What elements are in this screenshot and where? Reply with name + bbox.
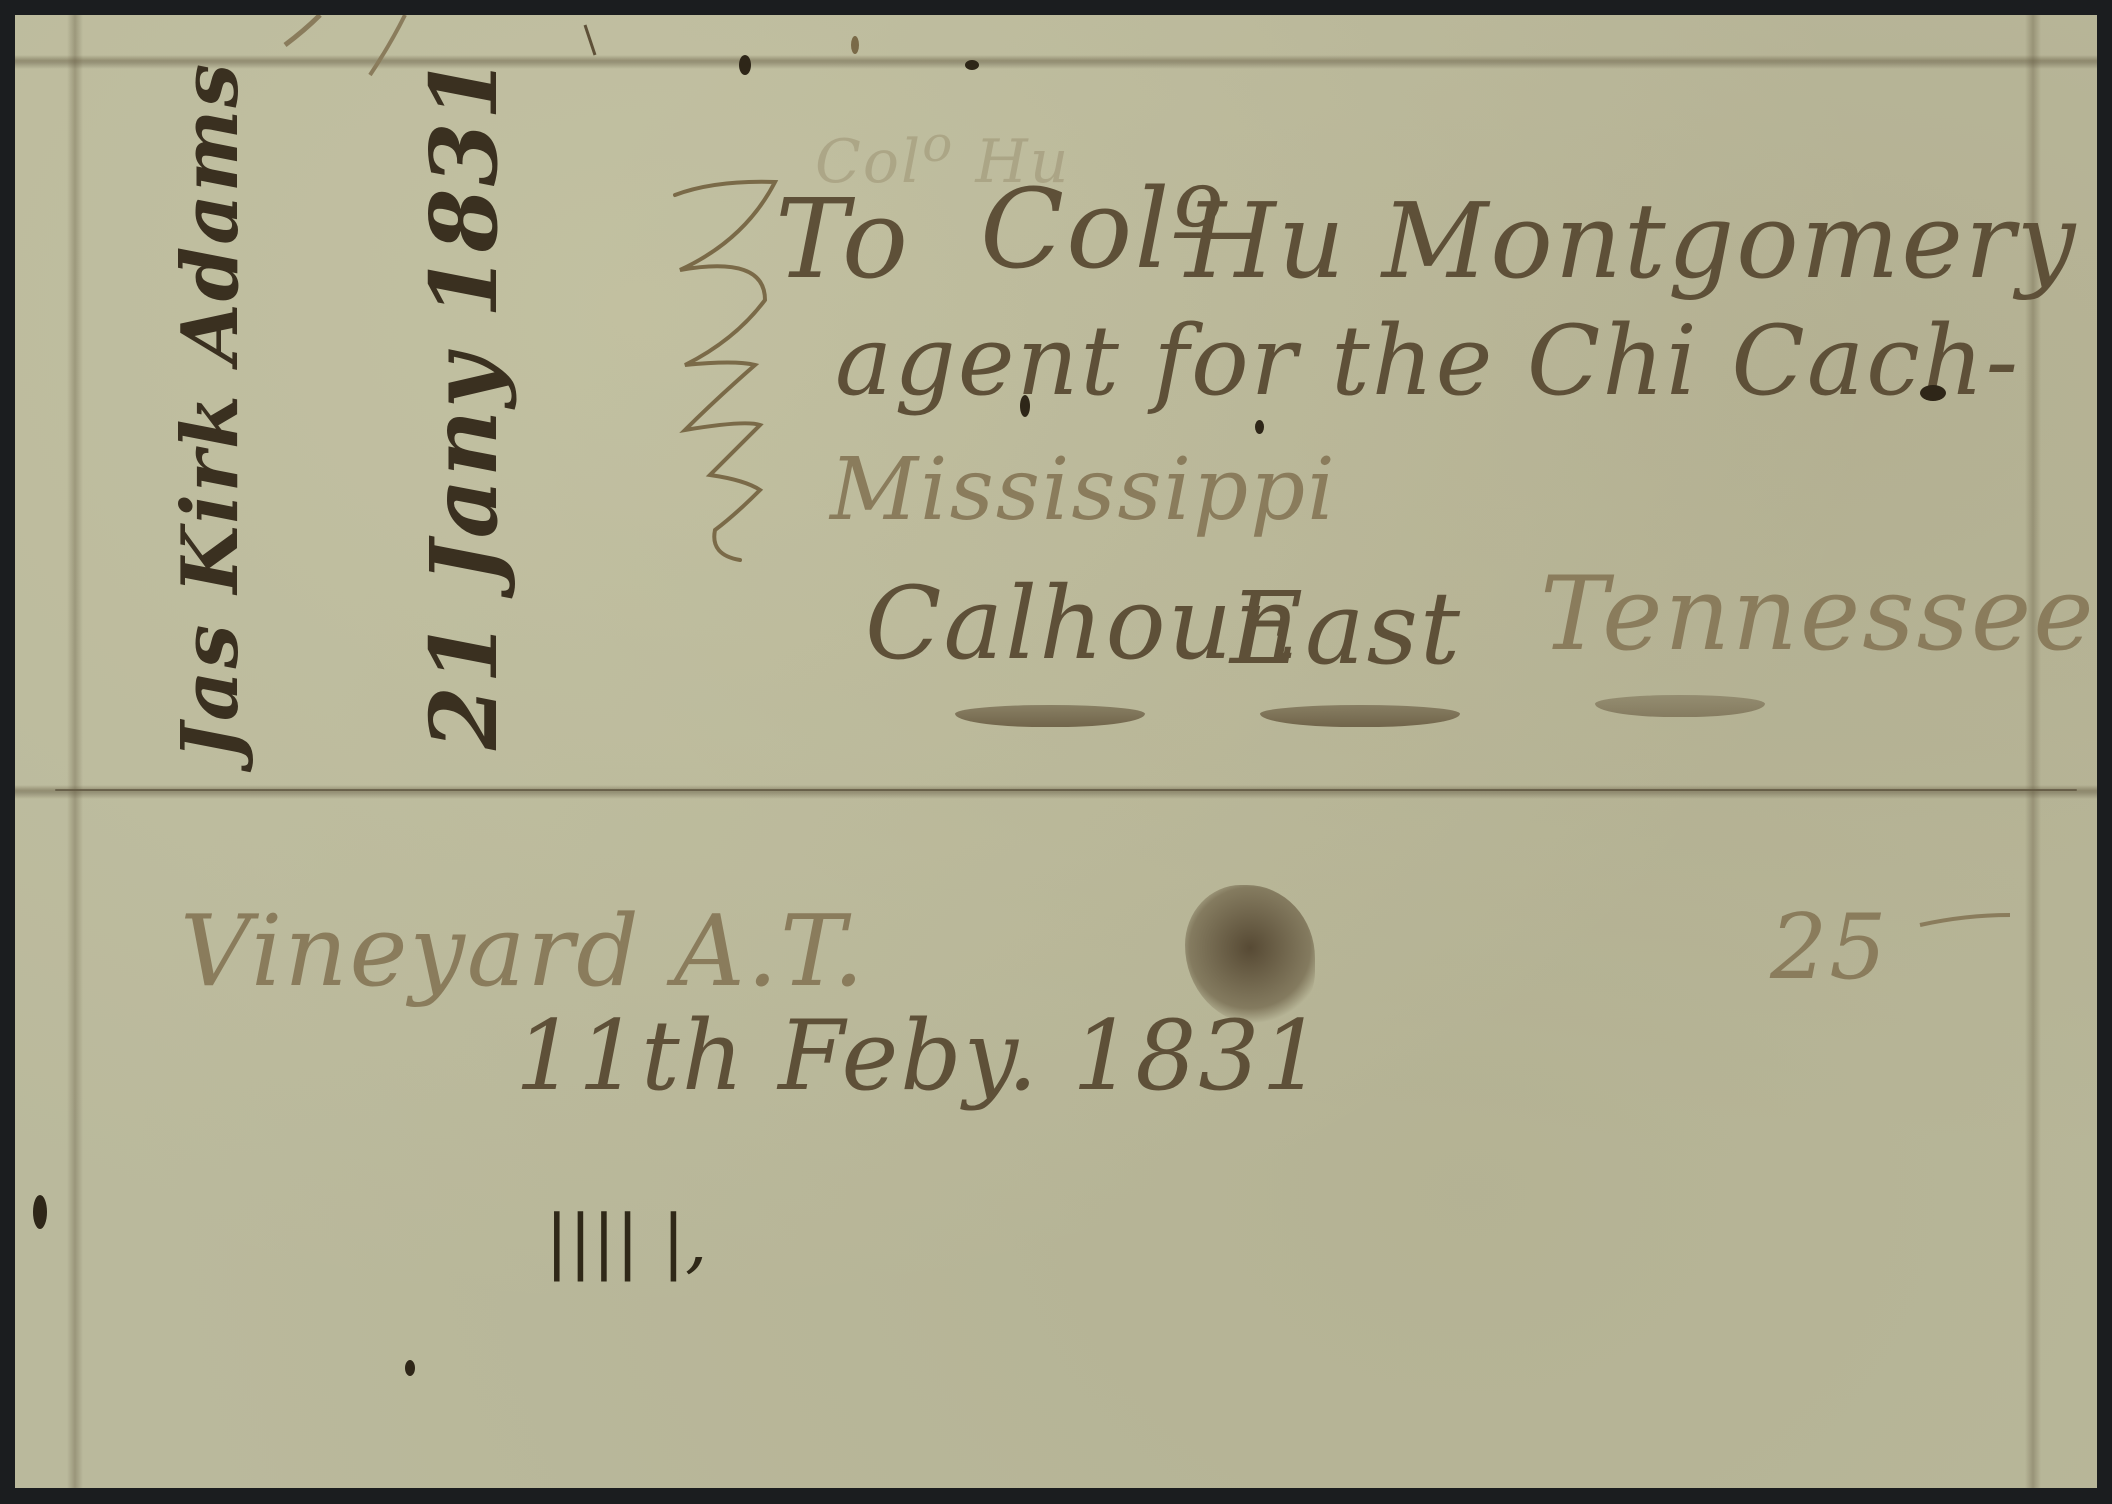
underline-tennessee — [1595, 695, 1765, 717]
ink-dot — [1020, 395, 1030, 417]
docket-sender: Jas Kirk Adams — [165, 62, 256, 760]
ink-dot — [1920, 385, 1946, 401]
ink-dot — [965, 60, 979, 70]
address-line1-name: Hu Montgomery — [1185, 180, 2077, 302]
docket-date: 21 Jany 1831 — [410, 54, 518, 750]
postmark-town: Vineyard A.T. — [180, 895, 866, 1009]
center-fold-crease — [15, 785, 2097, 799]
address-line4-region: East — [1230, 570, 1462, 687]
address-line2: agent for the Chi Cach- — [835, 305, 2020, 417]
address-line4-state: Tennessee — [1540, 555, 2096, 674]
ink-dot — [33, 1195, 47, 1229]
ink-dot — [1255, 420, 1264, 434]
letter-cover: Jas Kirk Adams 21 Jany 1831 Colo Hu To C… — [15, 15, 2097, 1488]
address-line3: Mississippi — [830, 440, 1337, 540]
postage-rate: 25 — [1770, 895, 1889, 1000]
zigzag-flourish — [655, 170, 795, 570]
postmark-date: 11th Feby. 1831 — [515, 1000, 1325, 1112]
ink-dot — [405, 1360, 415, 1376]
address-line1-prefix: To — [775, 175, 910, 303]
tally-marks: |||| |, — [545, 1200, 707, 1282]
underline-east — [1260, 705, 1460, 727]
left-fold-line — [67, 15, 83, 1488]
underline-calhoun — [955, 705, 1145, 727]
rate-dash — [1915, 910, 2015, 930]
